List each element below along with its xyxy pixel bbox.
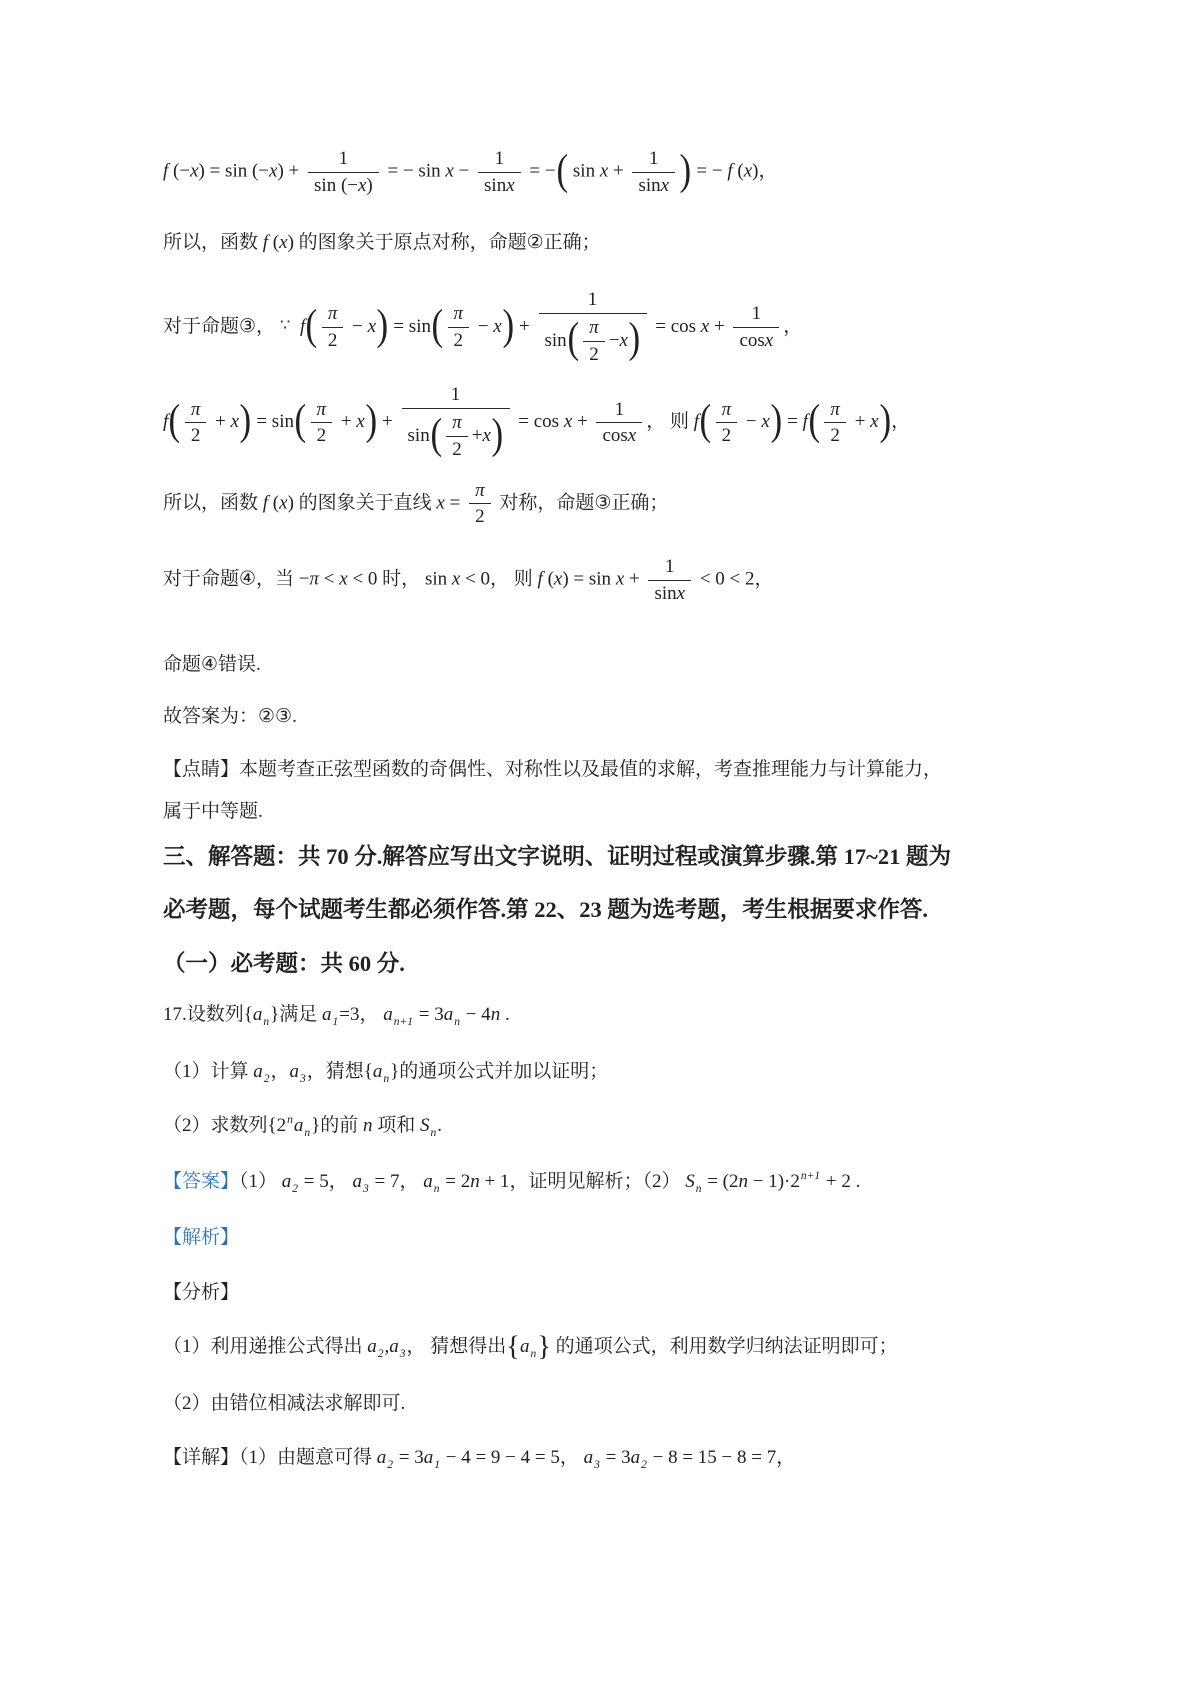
math-token: ， xyxy=(783,316,802,337)
math-token: n xyxy=(363,1115,373,1136)
math-token: ( xyxy=(294,402,306,443)
math-token: （1）利用递推公式得出 xyxy=(163,1336,367,1357)
math-token: ∵ xyxy=(280,315,290,334)
math-token: < 0 < 2 xyxy=(695,569,754,590)
math-token: n xyxy=(454,1016,460,1028)
math-token: n xyxy=(739,1171,749,1192)
jiexi-line: 【解析】 xyxy=(163,1224,1042,1253)
formula-prop3-right: f(π2 + x) = sin(π2 + x) + 1sin(π2 + x) =… xyxy=(163,382,1042,463)
math-token: a xyxy=(322,1004,332,1025)
jiexi-label: 【解析】 xyxy=(163,1227,239,1248)
answer-label: 【答案】 xyxy=(163,1171,239,1192)
math-token: S xyxy=(685,1171,695,1192)
math-token: = 3 xyxy=(601,1447,631,1468)
math-token: 所以，函数 xyxy=(163,492,263,513)
math-token: 的通项公式，利用数学归纳法证明即可； xyxy=(551,1336,898,1357)
math-token: π xyxy=(310,569,320,590)
section-heading-line3: （一）必考题：共 60 分. xyxy=(163,948,1042,981)
fraction: π2 xyxy=(448,301,470,354)
conclusion-prop4: 命题④错误. xyxy=(163,651,1042,680)
math-token: 对称，命题③正确； xyxy=(495,492,669,513)
math-token: 1 xyxy=(665,555,675,579)
fraction: 1sin(π2 + x) xyxy=(402,382,510,463)
math-token: ) = sin (− xyxy=(199,161,270,182)
math-token: ) xyxy=(502,307,514,348)
math-token: sin xyxy=(545,329,567,353)
document-page: f (−x) = sin (−x) + 1sin (−x) = − sin x … xyxy=(0,0,1200,1698)
math-token: 2 xyxy=(191,424,201,448)
fraction-numerator: 1 xyxy=(609,397,631,423)
math-token: 1 xyxy=(588,288,598,312)
math-token: ， 猜想得出 xyxy=(407,1336,507,1357)
fraction: π2 xyxy=(824,397,846,450)
math-token: sin xyxy=(638,174,660,198)
math-token: = 3 xyxy=(414,1004,444,1025)
math-token: ) xyxy=(628,320,640,361)
analysis-part2-text: （2）由错位相减法求解即可. xyxy=(163,1393,405,1414)
math-token: ( xyxy=(306,307,318,348)
math-token: π xyxy=(328,302,338,326)
fraction-numerator: π xyxy=(322,301,344,327)
math-token: 2 xyxy=(475,505,485,529)
detail-line: 【详解】（1）由题意可得 a2 = 3a1 − 4 = 9 − 4 = 5， a… xyxy=(163,1444,1042,1474)
math-token: 3 xyxy=(400,1348,406,1360)
fraction: π2 xyxy=(311,397,333,450)
math-token: ( xyxy=(567,320,579,361)
math-token: a xyxy=(424,1447,434,1468)
math-token: ， xyxy=(560,1447,584,1468)
math-token: 1 xyxy=(615,398,625,422)
math-token: ) = sin xyxy=(562,569,615,590)
math-token: + xyxy=(472,424,483,448)
math-token: sin xyxy=(420,569,452,590)
math-token: x xyxy=(564,411,572,432)
math-token: n xyxy=(383,1073,389,1085)
math-token: ，猜想{ xyxy=(307,1061,373,1082)
math-token: + xyxy=(608,161,628,182)
math-token: x xyxy=(339,569,347,590)
math-token: x xyxy=(870,411,878,432)
math-token: = 7 xyxy=(370,1171,400,1192)
fraction-numerator: 1 xyxy=(333,146,355,172)
math-token: 1 xyxy=(495,147,505,171)
formula-odd-symmetry: f (−x) = sin (−x) + 1sin (−x) = − sin x … xyxy=(163,146,1042,199)
math-token: 2 xyxy=(378,1348,384,1360)
math-token: x xyxy=(279,232,287,253)
math-token: − 8 = 15 − 8 = 7 xyxy=(648,1447,776,1468)
math-token: (− xyxy=(168,161,190,182)
fraction-denominator: cos x xyxy=(733,327,779,354)
fraction: 1cos x xyxy=(596,397,642,450)
math-token: = − xyxy=(525,161,556,182)
math-token: ) xyxy=(366,174,372,198)
math-token: ) xyxy=(288,232,299,253)
math-token: n xyxy=(263,1016,269,1028)
final-answer: 故答案为：②③. xyxy=(163,703,1042,732)
math-token: . xyxy=(437,1115,442,1136)
math-token: n xyxy=(434,1183,440,1195)
math-token: x xyxy=(620,329,628,353)
fenxi-label: 【分析】 xyxy=(163,1282,239,1303)
fraction-numerator: π xyxy=(446,410,468,436)
math-token: ( xyxy=(430,416,442,457)
math-token: n xyxy=(696,1183,702,1195)
math-token: ， xyxy=(758,161,777,182)
math-token: π xyxy=(475,479,485,503)
math-token: 2 xyxy=(454,329,464,353)
math-token: 2 xyxy=(452,438,462,462)
math-token: x xyxy=(190,161,198,182)
math-token: f xyxy=(694,411,699,432)
section-heading-line1: 三、解答题：共 70 分.解答应写出文字说明、证明过程或演算步骤.第 17~21… xyxy=(163,841,1042,874)
math-token: = 3 xyxy=(394,1447,424,1468)
math-token: ) + xyxy=(277,161,304,182)
math-token: 1 xyxy=(339,147,349,171)
math-token: x xyxy=(765,329,773,353)
math-token: + xyxy=(709,316,729,337)
math-token: 3 xyxy=(300,1073,306,1085)
math-token: a xyxy=(367,1336,377,1357)
math-token: = 2 xyxy=(441,1171,471,1192)
math-token: 2 xyxy=(264,1073,270,1085)
math-token: sin xyxy=(568,161,600,182)
math-token: a xyxy=(444,1004,454,1025)
math-token: < 0 xyxy=(348,569,382,590)
math-token: − 4 xyxy=(461,1004,491,1025)
math-token: x xyxy=(436,492,444,513)
math-token: 1 xyxy=(649,147,659,171)
fraction-denominator: cos x xyxy=(596,422,642,449)
math-token: n xyxy=(287,1114,293,1126)
math-token: a xyxy=(253,1004,263,1025)
math-token: f xyxy=(295,316,305,337)
math-token: x xyxy=(279,492,287,513)
math-token: < 0 xyxy=(460,569,490,590)
math-token: 的图象关于原点对称，命题②正确； xyxy=(299,232,601,253)
math-token: ) xyxy=(879,402,891,443)
math-token: = − sin xyxy=(383,161,446,182)
math-token: （1）由题意可得 xyxy=(239,1447,377,1468)
math-token: 2 xyxy=(317,424,327,448)
math-token: = xyxy=(445,492,465,513)
math-token: （2）求数列{2 xyxy=(163,1115,286,1136)
math-token: a xyxy=(423,1171,433,1192)
dianjing-text2: 属于中等题. xyxy=(163,801,263,822)
math-token: x xyxy=(445,161,453,182)
fenxi-line: 【分析】 xyxy=(163,1279,1042,1308)
math-token: 2 xyxy=(722,424,732,448)
math-token: S xyxy=(420,1115,430,1136)
math-token: }的通项公式并加以证明； xyxy=(390,1061,608,1082)
math-token: + xyxy=(377,411,397,432)
fraction: π2 xyxy=(583,315,605,368)
fraction-numerator: π xyxy=(469,478,491,504)
math-token: x xyxy=(506,174,514,198)
math-token: 1 xyxy=(752,302,762,326)
math-token: ) xyxy=(770,402,782,443)
math-token: cos xyxy=(739,329,764,353)
math-token: = cos xyxy=(514,411,564,432)
math-token: 2 xyxy=(328,329,338,353)
math-token: x xyxy=(616,569,624,590)
note-dianjing-cont: 属于中等题. xyxy=(163,798,1042,827)
math-token: π xyxy=(454,302,464,326)
math-token: 17.设数列{ xyxy=(163,1004,253,1025)
math-token: ) xyxy=(288,492,299,513)
math-token: n+1 xyxy=(801,1170,820,1182)
fraction-numerator: 1 xyxy=(746,301,768,327)
math-token: a xyxy=(377,1447,387,1468)
math-token: x xyxy=(483,424,491,448)
math-token: = − xyxy=(692,161,728,182)
fraction-numerator: 1 xyxy=(582,287,604,313)
math-token: n xyxy=(491,1004,501,1025)
fraction: 1sin x xyxy=(648,554,691,607)
math-token: n xyxy=(431,1127,437,1139)
math-token: = xyxy=(782,411,802,432)
math-token: 2 xyxy=(387,1459,393,1471)
math-token: ) xyxy=(680,152,692,193)
math-token: n xyxy=(530,1348,536,1360)
math-token: 2 xyxy=(641,1459,647,1471)
fraction: 1sin(π2 − x) xyxy=(539,287,647,368)
math-token: 所以，函数 xyxy=(163,232,263,253)
fraction-numerator: 1 xyxy=(659,554,681,580)
conclusion-prop4-text: 命题④错误. xyxy=(163,654,261,675)
xiangjie-label: 【详解】 xyxy=(163,1447,239,1468)
fraction-denominator: 2 xyxy=(185,422,207,449)
fraction: 1sin x xyxy=(632,146,675,199)
math-token: 1 xyxy=(333,1016,339,1028)
math-token: ， xyxy=(755,569,774,590)
fraction-denominator: sin x xyxy=(648,580,691,607)
fraction-numerator: π xyxy=(716,397,738,423)
math-token: } xyxy=(537,1332,551,1363)
dianjing-text: 本题考查正弦型函数的奇偶性、对称性以及最值的求解，考查推理能力与计算能力， xyxy=(239,759,942,780)
fraction: π2 xyxy=(322,301,344,354)
math-token: ， xyxy=(891,411,910,432)
math-token: a xyxy=(353,1171,363,1192)
math-token: x xyxy=(368,316,376,337)
math-token: − 1)·2 xyxy=(748,1171,800,1192)
math-token: − xyxy=(294,569,309,590)
question-17: 17.设数列{an}满足 a1=3， an+1 = 3an − 4n . xyxy=(163,1001,1042,1031)
fraction-denominator: sin(π2 + x) xyxy=(402,408,510,464)
question-17-part2: （2）求数列{2nan}的前 n 项和 Sn. xyxy=(163,1112,1042,1142)
math-token: ， xyxy=(271,1061,290,1082)
math-token: − xyxy=(454,161,474,182)
math-token: 1 xyxy=(451,383,461,407)
fraction-numerator: π xyxy=(583,315,605,341)
math-token: ( xyxy=(268,232,279,253)
fraction: π2 xyxy=(185,397,207,450)
math-token: （1）计算 xyxy=(163,1061,253,1082)
math-token: + 2 . xyxy=(821,1171,860,1192)
fraction-numerator: 1 xyxy=(643,146,665,172)
math-token: 时， xyxy=(382,569,420,590)
math-token: x xyxy=(356,411,364,432)
math-token: sin xyxy=(408,424,430,448)
fraction-denominator: sin x xyxy=(632,172,675,199)
math-token: n xyxy=(470,1171,480,1192)
conclusion-prop3: 所以，函数 f (x) 的图象关于直线 x = π2 对称，命题③正确； xyxy=(163,478,1042,531)
math-token: ( xyxy=(169,402,181,443)
final-answer-text: 故答案为：②③. xyxy=(163,706,297,727)
dianjing-label: 【点睛】 xyxy=(163,759,239,780)
math-token: ( xyxy=(556,152,568,193)
fraction-denominator: 2 xyxy=(469,503,491,530)
math-token: ， 则 xyxy=(490,569,538,590)
math-token: x xyxy=(600,161,608,182)
math-token: 3 xyxy=(363,1183,369,1195)
math-token: 对于命题③， xyxy=(163,316,275,337)
fraction-denominator: sin(π2 − x) xyxy=(539,313,647,369)
math-token: ， xyxy=(399,1171,423,1192)
formula-prop3-left: 对于命题③，∵ f(π2 − x) = sin(π2 − x) + 1sin(π… xyxy=(163,287,1042,368)
fraction-denominator: 2 xyxy=(583,341,605,368)
math-token: + xyxy=(850,411,870,432)
fraction: 1cos x xyxy=(733,301,779,354)
math-token: ( xyxy=(699,402,711,443)
math-token: + xyxy=(624,569,644,590)
math-token: （1） xyxy=(239,1171,282,1192)
math-token: + xyxy=(210,411,230,432)
math-token: 项和 xyxy=(373,1115,421,1136)
math-token: x xyxy=(358,174,366,198)
math-token: a xyxy=(253,1061,263,1082)
math-token: a xyxy=(631,1447,641,1468)
math-token: − xyxy=(347,316,367,337)
math-token: x xyxy=(677,582,685,606)
math-token: − xyxy=(609,329,620,353)
math-token: sin (− xyxy=(314,174,358,198)
analysis-part1: （1）利用递推公式得出 a2,a3， 猜想得出{an} 的通项公式，利用数学归纳… xyxy=(163,1333,1042,1363)
math-token: ， xyxy=(359,1004,383,1025)
fraction-denominator: sin x xyxy=(478,172,521,199)
math-token: 3 xyxy=(594,1459,600,1471)
math-token: ， xyxy=(329,1171,353,1192)
question-17-part1: （1）计算 a2，a3，猜想{an}的通项公式并加以证明； xyxy=(163,1058,1042,1088)
math-token: =3 xyxy=(339,1004,359,1025)
fraction-numerator: π xyxy=(185,397,207,423)
math-token: ) xyxy=(491,416,503,457)
fraction-denominator: 2 xyxy=(311,422,333,449)
fraction: 1sin x xyxy=(478,146,521,199)
math-token: π xyxy=(722,398,732,422)
math-token: x xyxy=(761,411,769,432)
fraction: π2 xyxy=(469,478,491,531)
math-token: + xyxy=(572,411,592,432)
math-token: π xyxy=(317,398,327,422)
math-token: ， 则 xyxy=(646,411,694,432)
fraction-denominator: 2 xyxy=(716,422,738,449)
fraction-denominator: 2 xyxy=(446,436,468,463)
math-token: = cos xyxy=(651,316,701,337)
math-token: x xyxy=(744,161,752,182)
fraction-denominator: 2 xyxy=(448,327,470,354)
fraction-numerator: π xyxy=(311,397,333,423)
fraction: 1sin (−x) xyxy=(308,146,379,199)
math-token: π xyxy=(191,398,201,422)
math-token: a xyxy=(584,1447,594,1468)
math-token: a xyxy=(373,1061,383,1082)
math-token: 的图象关于直线 xyxy=(299,492,437,513)
math-token: + 1 xyxy=(480,1171,510,1192)
math-token: 1 xyxy=(434,1459,440,1471)
math-token: n+1 xyxy=(394,1016,413,1028)
math-token: π xyxy=(452,411,462,435)
math-token: a xyxy=(389,1336,399,1357)
math-token: ， xyxy=(776,1447,795,1468)
math-token: f xyxy=(803,411,808,432)
math-token: a xyxy=(383,1004,393,1025)
math-token: . xyxy=(500,1004,510,1025)
math-token: ) xyxy=(365,402,377,443)
math-token: + xyxy=(336,411,356,432)
fraction: π2 xyxy=(716,397,738,450)
math-token: }的前 xyxy=(311,1115,363,1136)
section-heading-line2: 必考题，每个试题考生都必须作答.第 22、23 题为选考题，考生根据要求作答. xyxy=(163,894,1042,927)
math-token: 2 xyxy=(292,1183,298,1195)
math-token: }满足 xyxy=(270,1004,322,1025)
math-token: x xyxy=(231,411,239,432)
analysis-part2: （2）由错位相减法求解即可. xyxy=(163,1390,1042,1419)
math-token: { xyxy=(506,1332,520,1363)
math-token: = (2 xyxy=(702,1171,738,1192)
math-token: ，证明见解析；（2） xyxy=(509,1171,685,1192)
math-token: = 5 xyxy=(299,1171,329,1192)
math-token: ( xyxy=(268,492,279,513)
math-token: = sin xyxy=(389,316,431,337)
math-token: π xyxy=(830,398,840,422)
math-token: = sin xyxy=(252,411,294,432)
math-token: ) xyxy=(376,307,388,348)
fraction-numerator: π xyxy=(448,301,470,327)
fraction-numerator: 1 xyxy=(489,146,511,172)
math-token: ( xyxy=(543,569,554,590)
answer-math: （1） a2 = 5， a3 = 7， an = 2n + 1，证明见解析；（2… xyxy=(239,1171,860,1192)
math-token: ( xyxy=(733,161,744,182)
math-token: x xyxy=(493,316,501,337)
fraction-denominator: sin (−x) xyxy=(308,172,379,199)
note-dianjing: 【点睛】本题考查正弦型函数的奇偶性、对称性以及最值的求解，考查推理能力与计算能力… xyxy=(163,756,1042,785)
math-token: cos xyxy=(602,424,627,448)
math-token: x xyxy=(701,316,709,337)
math-token: < xyxy=(319,569,339,590)
math-token: a xyxy=(294,1115,304,1136)
math-token: x xyxy=(661,174,669,198)
math-token: a xyxy=(282,1171,292,1192)
math-token: sin xyxy=(654,582,676,606)
math-token: ( xyxy=(808,402,820,443)
math-token: π xyxy=(589,316,599,340)
fraction-denominator: 2 xyxy=(322,327,344,354)
fraction-numerator: π xyxy=(824,397,846,423)
math-token: x xyxy=(628,424,636,448)
math-token: sin xyxy=(484,174,506,198)
fraction-denominator: 2 xyxy=(824,422,846,449)
fraction: π2 xyxy=(446,410,468,463)
fraction-numerator: 1 xyxy=(445,382,467,408)
math-token: a xyxy=(290,1061,300,1082)
math-token: a xyxy=(520,1336,530,1357)
math-token: 2 xyxy=(830,424,840,448)
math-token: ( xyxy=(431,307,443,348)
math-token: − 4 = 9 − 4 = 5 xyxy=(441,1447,560,1468)
math-token: 对于命题④，当 xyxy=(163,569,294,590)
answer-line: 【答案】（1） a2 = 5， a3 = 7， an = 2n + 1，证明见解… xyxy=(163,1168,1042,1198)
math-token: − xyxy=(741,411,761,432)
